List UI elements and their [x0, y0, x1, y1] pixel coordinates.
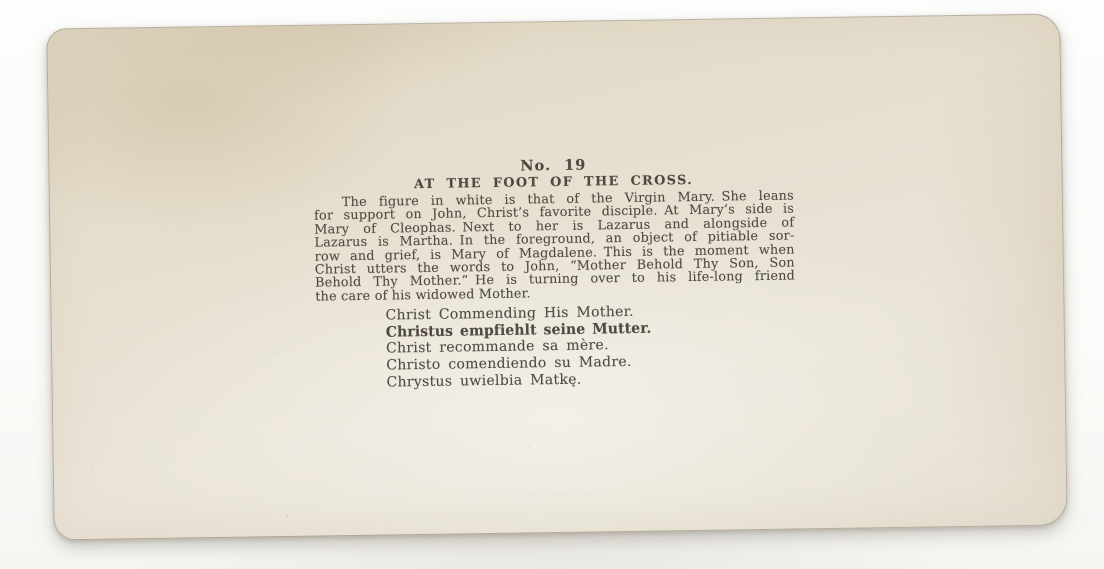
description-paragraph: The figure in white is that of the Virgi…: [314, 189, 796, 303]
stereoview-card-back: No. 19 AT THE FOOT OF THE CROSS. The fig…: [46, 14, 1067, 541]
printed-text-block: No. 19 AT THE FOOT OF THE CROSS. The fig…: [313, 154, 796, 391]
photo-background: No. 19 AT THE FOOT OF THE CROSS. The fig…: [0, 0, 1104, 569]
caption-list: Christ Commending His Mother.Christus em…: [385, 302, 796, 391]
